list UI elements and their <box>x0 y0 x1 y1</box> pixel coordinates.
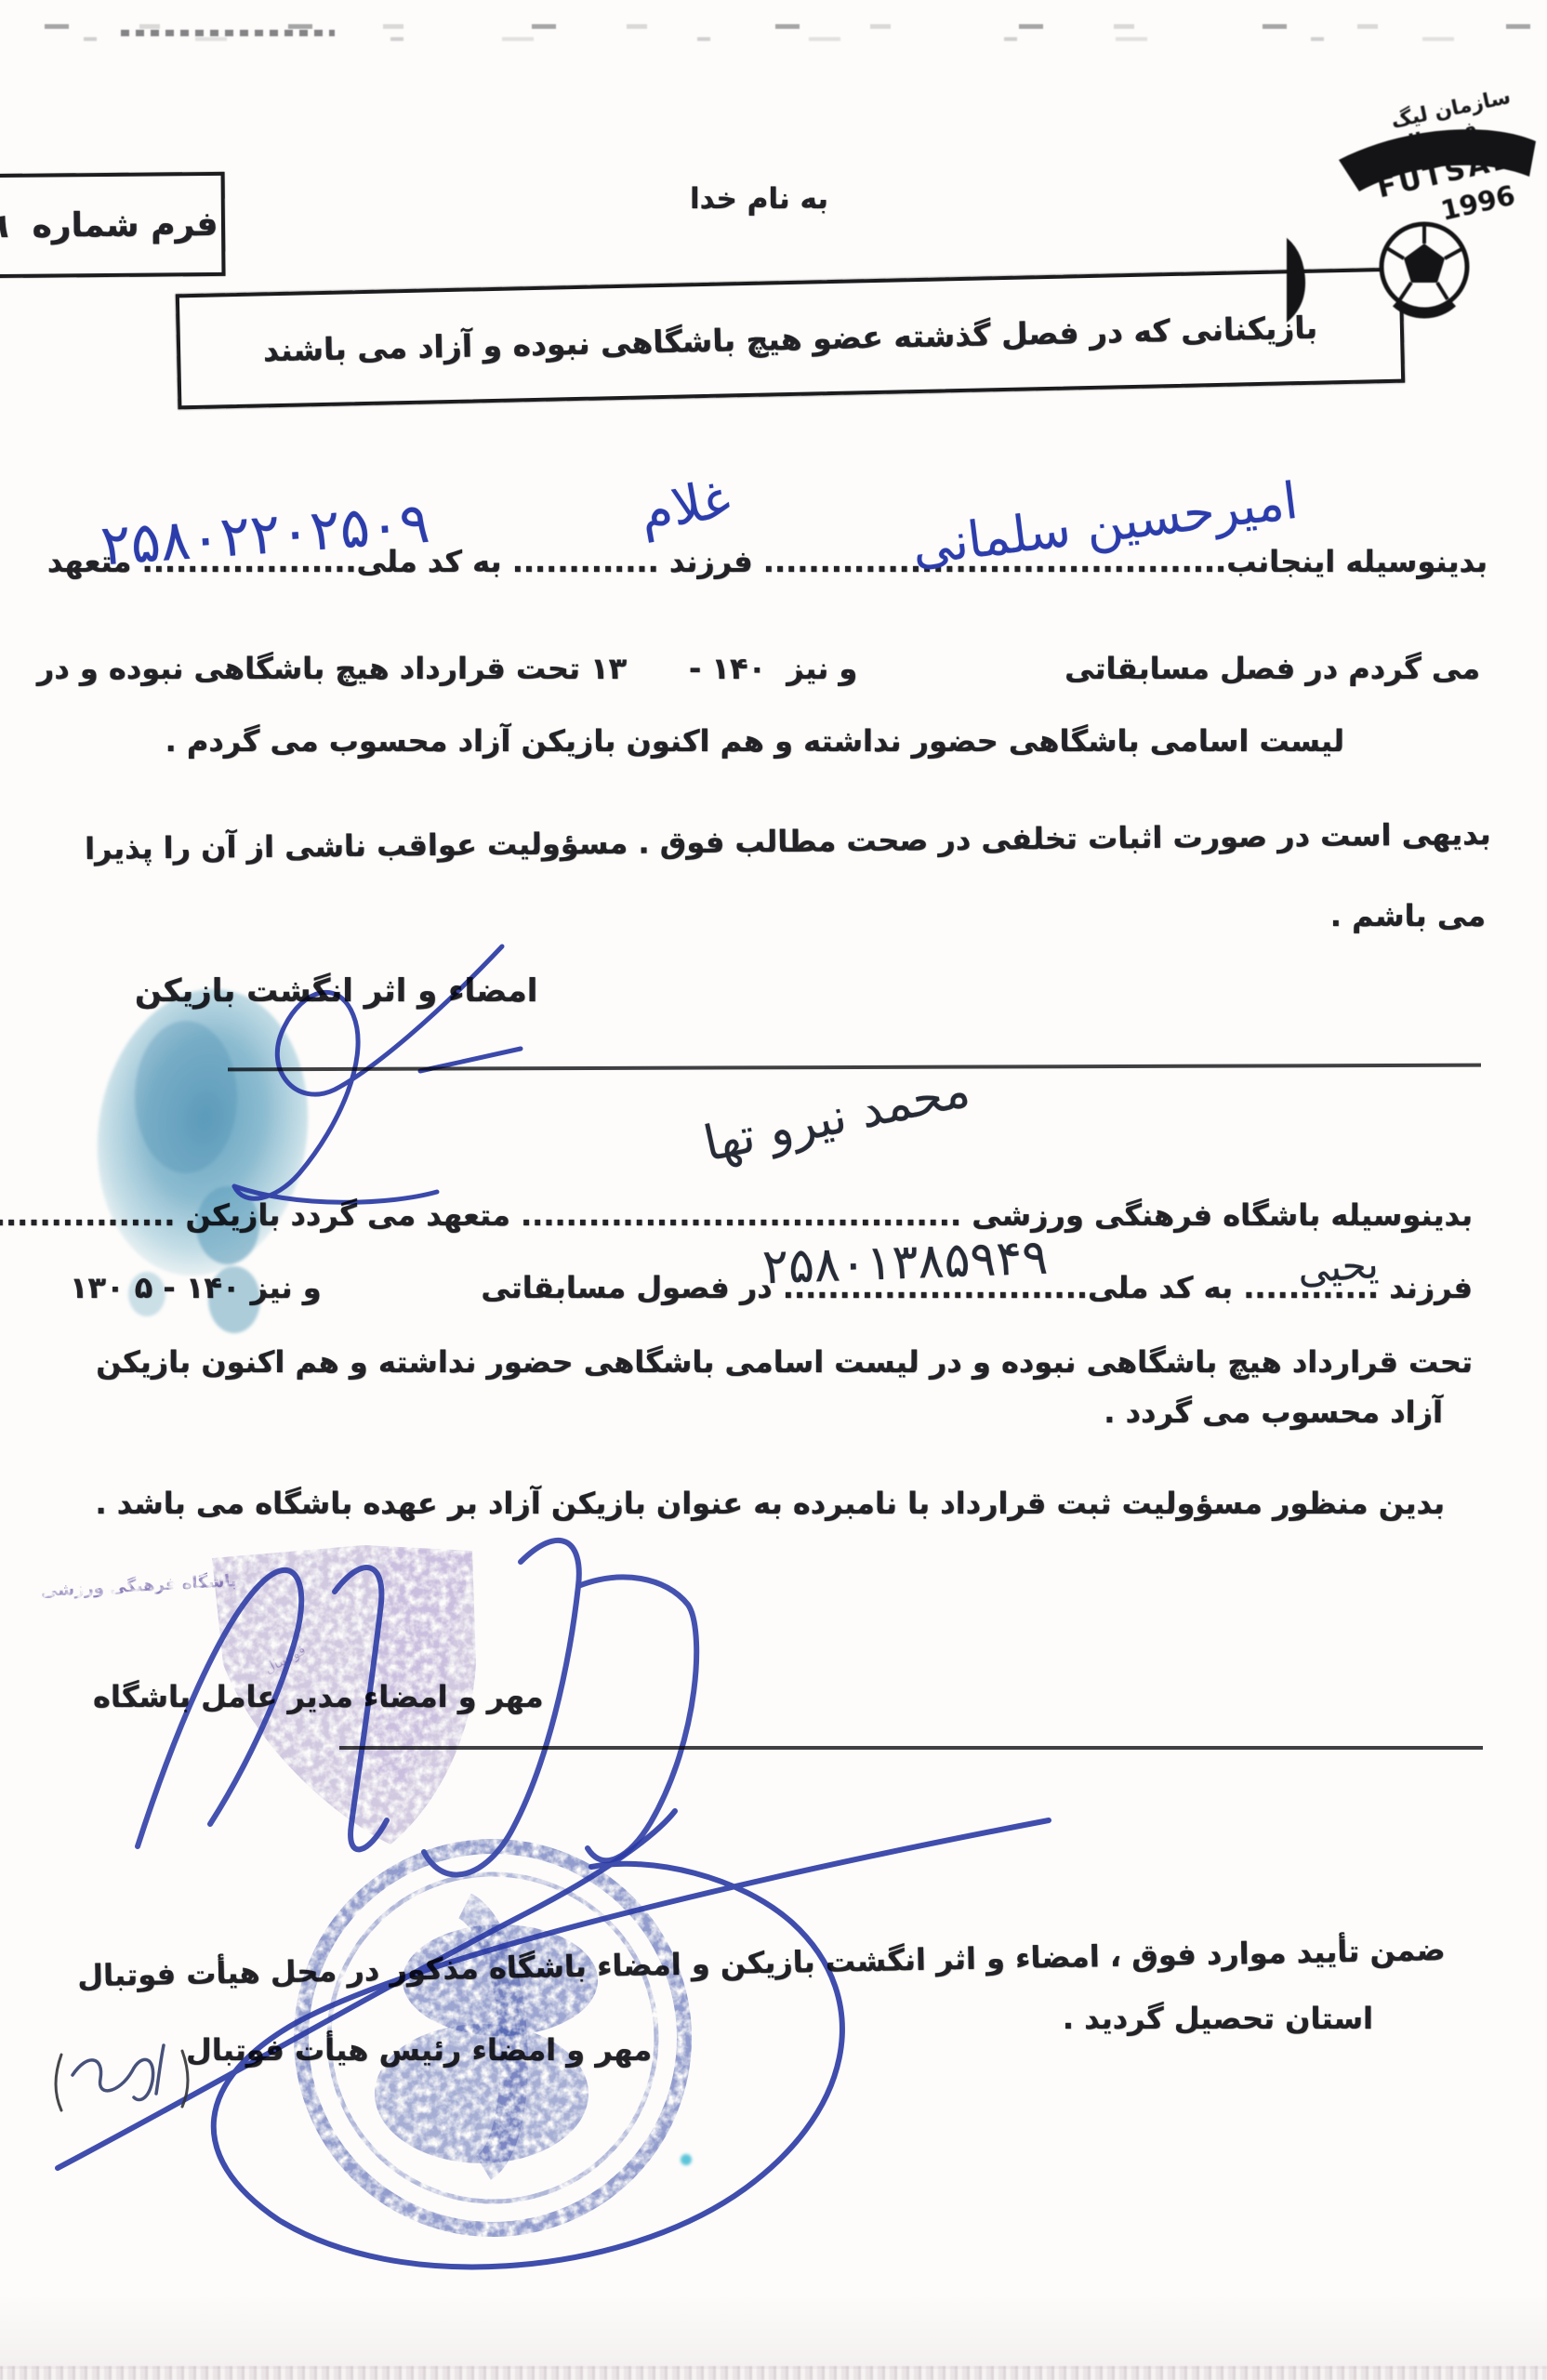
form-number-box: فرم شماره ٦ <box>0 172 225 278</box>
club-stamp-subtext: فوتسال <box>261 1642 309 1677</box>
logo-futsal-text: FUTSAL <box>1374 142 1514 205</box>
club-paragraph-line1: بدینوسیله باشگاه فرهنگی ورزشی ..........… <box>0 1197 1473 1233</box>
handwritten-club-name: محمد نیرو تها <box>699 1062 974 1172</box>
bismillah: به نام خدا <box>690 182 828 216</box>
scan-noise-band <box>0 37 1547 41</box>
soccer-ball-pentagon <box>1404 244 1445 283</box>
club-paragraph-line3: تحت قرارداد هیچ باشگاهی نبوده و در لیست … <box>96 1344 1473 1380</box>
federation-paragraph-line1: ضمن تأیید موارد فوق ، امضاء و اثر انگشت … <box>77 1932 1446 1993</box>
soccer-ball-rim-patch <box>1395 303 1453 314</box>
scan-noise-band <box>0 24 1547 29</box>
scan-noise-band <box>121 30 335 36</box>
player-paragraph-line5: می باشم . <box>1330 898 1486 933</box>
handwritten-father-name: غلام <box>635 469 734 544</box>
federation-stamp-arc-text: هیأت فوتبال استان <box>0 0 7 5</box>
handwritten-club-father-name: یحیی <box>1296 1241 1380 1292</box>
player-paragraph-line4: بدیهی است در صورت اثبات تخلفی در صحت مطا… <box>85 816 1491 866</box>
club-paragraph-line2-left: و نیز ۱۴۰ - ۵ ۱۳۰ <box>70 1270 322 1305</box>
scanned-form-page: فرم شماره ٦ به نام خدا بازیکنانی که در ف… <box>0 0 1547 2380</box>
player-signature-label: امضاء و اثر انگشت بازیکن <box>135 972 537 1010</box>
player-paragraph-line3: لیست اسامی باشگاهی حضور نداشته و هم اکنو… <box>165 723 1344 759</box>
club-signature-line <box>339 1746 1483 1750</box>
federation-president-signature-label: مهر و امضاء رئیس هیأت فوتبال <box>186 2032 652 2068</box>
scan-bottom-wash <box>0 2294 1547 2369</box>
club-stamp-text: باشگاه فرهنگی ورزشی <box>40 1570 237 1601</box>
player-signature-line <box>228 1064 1481 1072</box>
form-title-box: بازیکنانی که در فصل گذشته عضو هیچ باشگاه… <box>176 268 1405 410</box>
form-title: بازیکنانی که در فصل گذشته عضو هیچ باشگاه… <box>263 309 1318 368</box>
scan-bottom-band <box>0 2366 1547 2380</box>
logo-org-line2: فوتسال <box>1396 117 1480 156</box>
federation-paragraph-line2: استان تحصیل گردید . <box>1063 2001 1373 2036</box>
club-paragraph-line5: بدین منظور مسؤولیت ثبت قرارداد با نامبرد… <box>95 1486 1445 1521</box>
logo-org-line1: سازمان لیگ <box>1389 84 1513 134</box>
logo-year-text: 1996 <box>1438 179 1518 227</box>
club-paragraph-line4: آزاد محسوب می گردد . <box>1104 1395 1443 1430</box>
logo-banner-swoosh <box>1339 129 1536 192</box>
player-paragraph-line2: می گردم در فصل مسابقاتی و نیز ۱۴۰ - ۱۳ ت… <box>37 651 1480 686</box>
handwritten-club-national-code: ۲۵۸۰۱۳۸۵۹۴۹ <box>761 1230 1049 1296</box>
federation-label-handwriting <box>56 2045 188 2110</box>
form-number-label: فرم شماره ٦ <box>0 205 218 245</box>
club-manager-signature-label: مهر و امضاء مدیر عامل باشگاه <box>93 1679 544 1714</box>
